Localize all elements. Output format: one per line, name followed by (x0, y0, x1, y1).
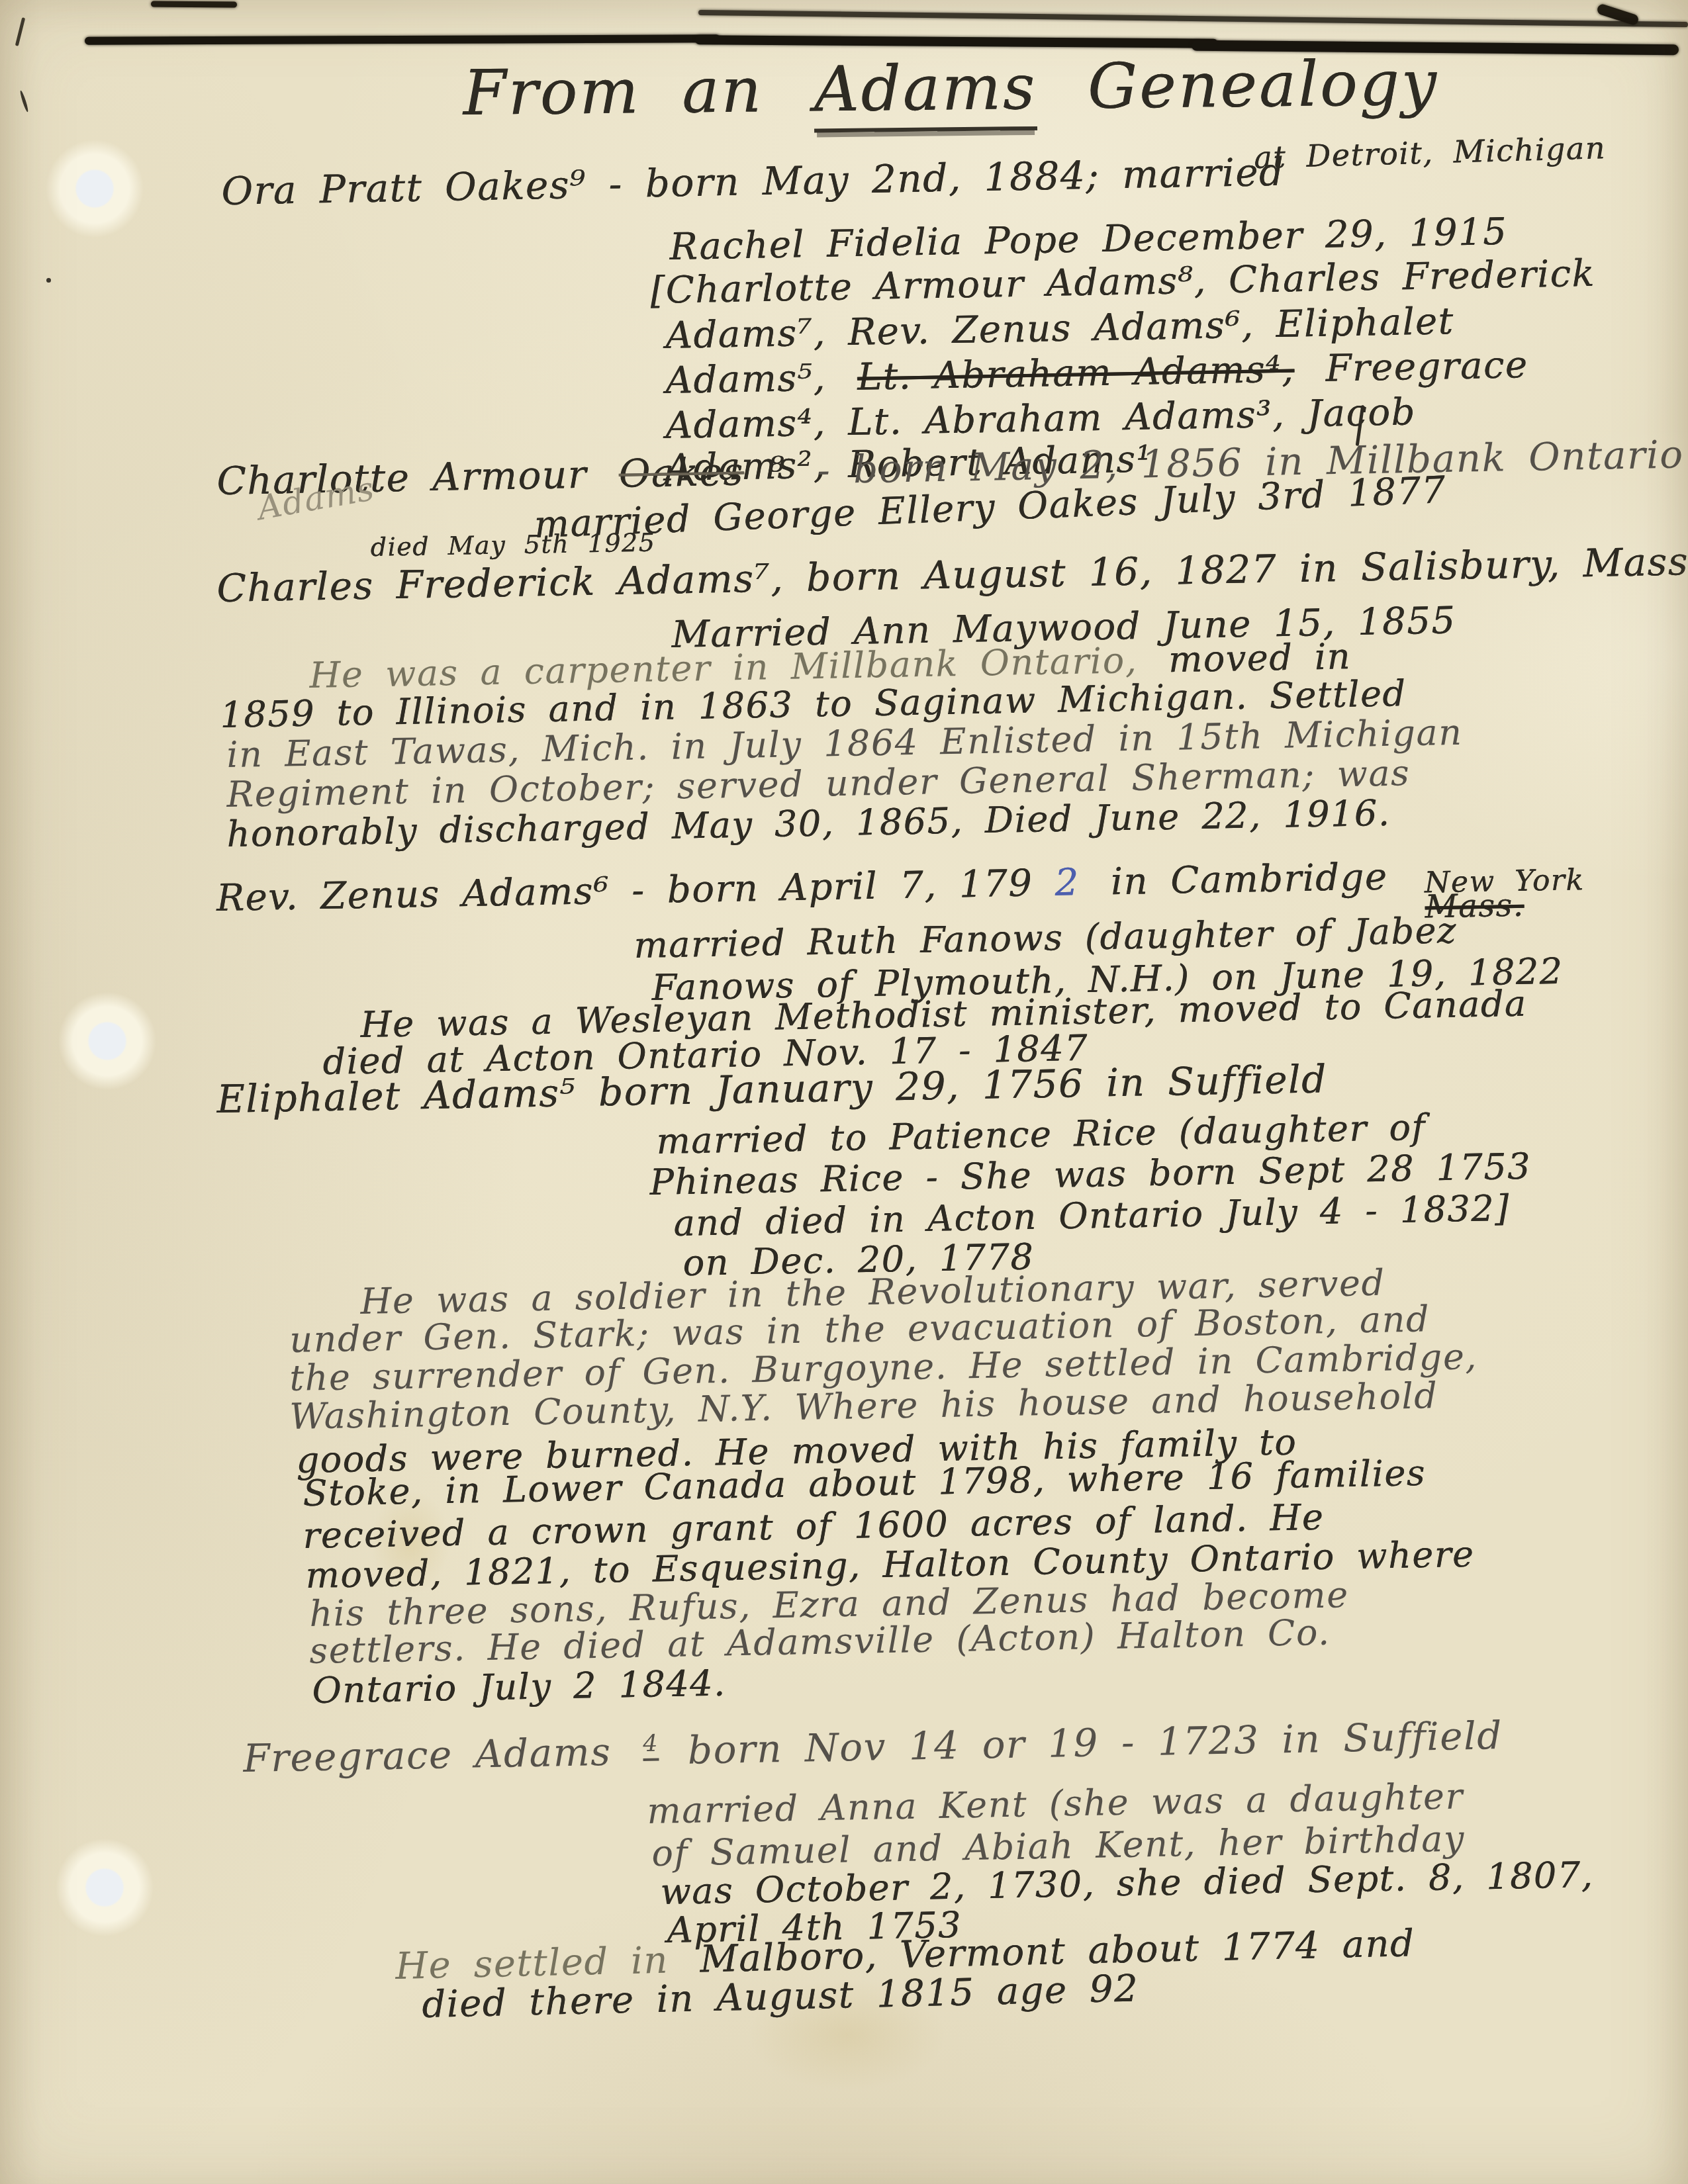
struck-out-name: Lt. Abraham Adams⁴, (857, 348, 1294, 399)
punch-hole (58, 991, 157, 1091)
page-title: From an Adams Genealogy (463, 48, 1439, 130)
struck-out-surname: Oakes (618, 449, 744, 496)
line-freegrace-birth: Freegrace Adams 4 born Nov 14 or 19 - 17… (243, 1713, 1503, 1781)
margin-mark (19, 90, 29, 113)
generation-superscript: ⁸ (769, 448, 786, 493)
birth-text: Rev. Zenus Adams⁶ - born April 7, 179 (216, 862, 1033, 920)
scan-artifact (698, 10, 1688, 27)
margin-mark (15, 17, 25, 46)
scan-artifact (695, 35, 1218, 48)
blue-ink-correction: 2 (1055, 861, 1080, 905)
title-underlined-surname: Adams (814, 52, 1037, 133)
birth-text: in Cambridge (1110, 856, 1388, 904)
title-text: From an (463, 54, 763, 130)
ancestor-text: Freegrace (1325, 343, 1528, 390)
person-name: Freegrace Adams (243, 1729, 612, 1781)
line-ora-oakes-birth: Ora Pratt Oakes⁹ - born May 2nd, 1884; m… (221, 150, 1285, 214)
punch-hole (45, 139, 144, 238)
insertion-at-detroit: at Detroit, Michigan (1254, 130, 1607, 175)
generation-superscript-underlined: 4 (643, 1730, 659, 1760)
title-text: Genealogy (1087, 48, 1438, 124)
margin-mark (46, 278, 51, 283)
birth-text: born Nov 14 or 19 - 1723 in Suffield (687, 1713, 1503, 1773)
ancestor-text: Adams⁵, (665, 357, 826, 402)
scan-artifact (151, 1, 237, 7)
document-page: From an Adams Genealogy at Detroit, Mich… (0, 0, 1688, 2184)
scan-artifact (85, 34, 720, 44)
line-eliphalet-death: Ontario July 2 1844. (312, 1663, 726, 1712)
line-charlotte-death: died May 5th 1925 (370, 528, 655, 562)
punch-hole (55, 1838, 154, 1937)
